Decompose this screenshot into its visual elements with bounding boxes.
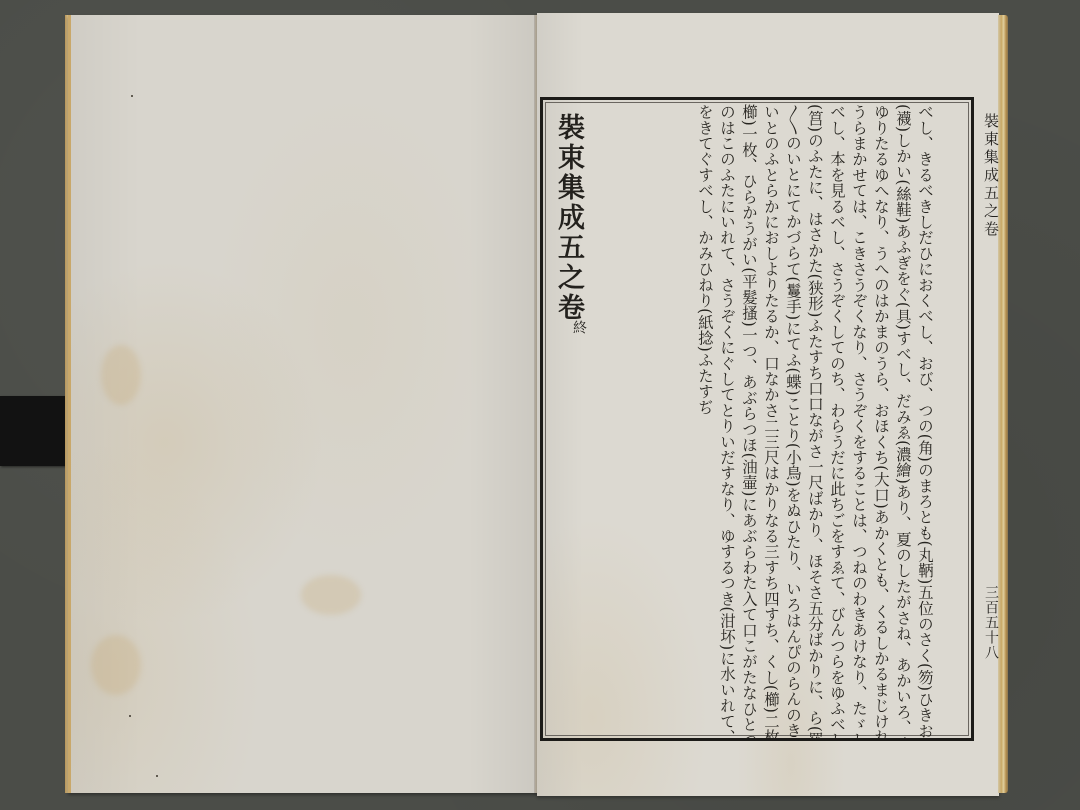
text-column: のはこのふたにいれて、さうぞくにぐしてとりいだすなり、ゆするつき(泔坏)に水いれ… [716,104,738,738]
stain [101,345,141,405]
page-number: 三百五十八 [981,585,1001,660]
end-mark: 終 [569,320,589,334]
text-column: べし、本を見るべし、さうぞくしてのち、わらうだに此ちごをすゑて、びんつらをゆふべ… [826,104,848,738]
text-column: べし、きるべきしだひにおくべし、おび、つの(角)のまろとも(丸鞆)五位のさく(笏… [914,104,936,738]
volume-end-title: 裝束集成五之卷 [555,113,582,323]
left-page [68,15,538,793]
speck [129,715,131,717]
text-column: 櫛)一枚、ひらかうがい(平髮搔)一つ、あぶらつほ(油壷)にあぶらわた入て口こがた… [738,104,760,738]
speck [156,775,158,777]
text-column: (襪)しかい(絲鞋)あふぎをぐ(具)すべし、だみゑ(濃繪)あり、夏のしたがさね、… [892,104,914,738]
text-column: をきてぐすべし、かみひねり(紙捻)ふたすぢ [694,104,716,738]
text-column: 〳〵のいとにてかづらて(鬘手)にてふ(蝶)ことり(小鳥)をぬひたり、いろはんぴの… [782,104,804,738]
text-column: うらまかせては、こきさうぞくなり、さうぞくをすることは、つねのわきあけなり、たゞ… [848,104,870,738]
body-text: べし、きるべきしだひにおくべし、おび、つの(角)のまろとも(丸鞆)五位のさく(笏… [694,104,936,738]
text-column: ゆりたるゆへなり、うへのはかまのうら、おほくち(大口)あかくとも、くるしかるまじ… [870,104,892,738]
text-column: (筥)のふたに、はさかた(狭形)ふたすち口口ながさ一尺ばかり、ほそさ五分ばかりに… [804,104,826,738]
stain [301,575,361,615]
open-book: 裝束集成五之卷 終 べし、きるべきしだひにおくべし、おび、つの(角)のまろとも(… [0,0,1080,810]
text-column: いとのふとらかにおしよりたるか、口なかさ二三尺はかりなる三すち四すち、くし(櫛)… [760,104,782,738]
stain [91,635,141,695]
speck [131,95,133,97]
running-head: 裝東集成五之卷 [981,113,1002,239]
